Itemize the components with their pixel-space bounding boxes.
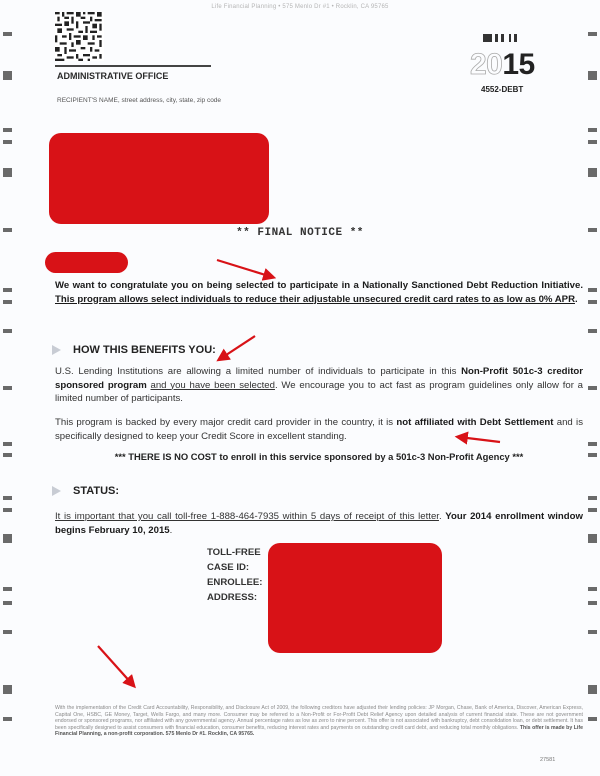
annotation-arrow-icon [0, 0, 600, 776]
